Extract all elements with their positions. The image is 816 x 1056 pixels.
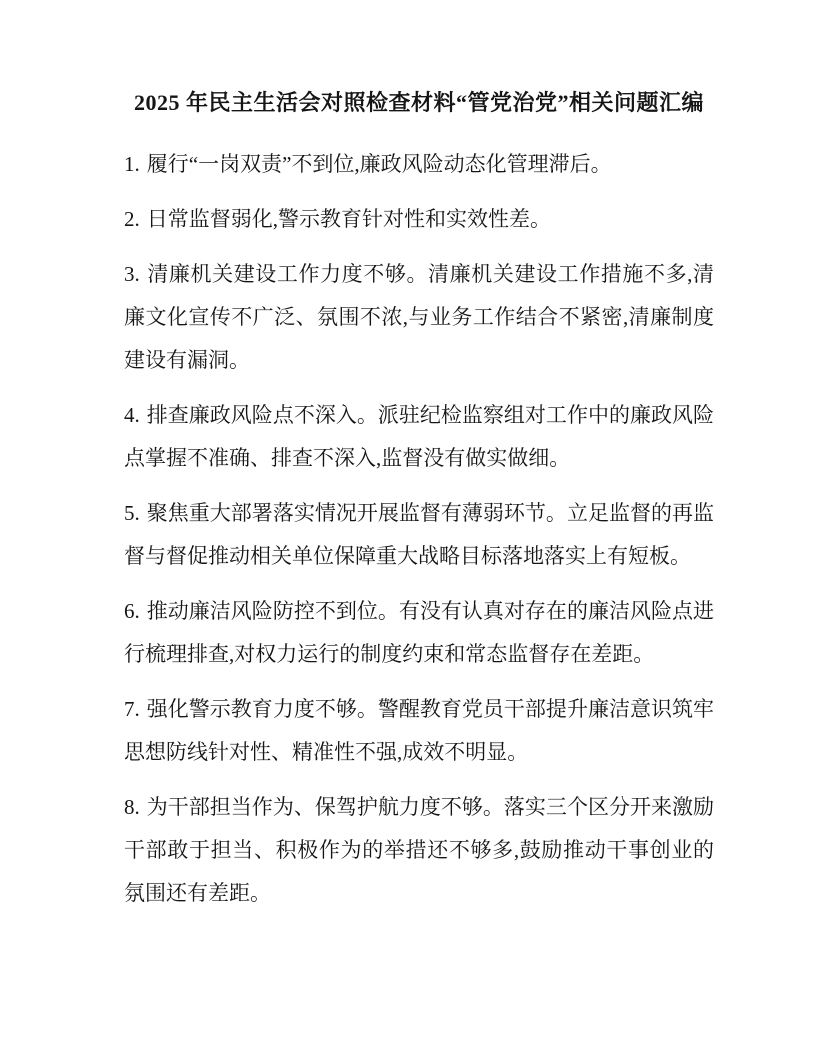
item-text: 聚焦重大部署落实情况开展监督有薄弱环节。立足监督的再监督与督促推动相关单位保障重… [124, 501, 714, 568]
document-page: 2025 年民主生活会对照检查材料“管党治党”相关问题汇编 1.履行“一岗双责”… [0, 0, 816, 1056]
item-text: 强化警示教育力度不够。警醒教育党员干部提升廉洁意识筑牢思想防线针对性、精准性不强… [124, 697, 714, 764]
item-number: 8. [124, 795, 140, 819]
list-item-3: 3.清廉机关建设工作力度不够。清廉机关建设工作措施不多,清廉文化宣传不广泛、氛围… [124, 253, 714, 382]
list-item-4: 4.排查廉政风险点不深入。派驻纪检监察组对工作中的廉政风险点掌握不准确、排查不深… [124, 394, 714, 480]
list-item-6: 6.推动廉洁风险防控不到位。有没有认真对存在的廉洁风险点进行梳理排查,对权力运行… [124, 590, 714, 676]
item-number: 3. [124, 262, 140, 286]
item-number: 1. [124, 152, 140, 176]
list-item-8: 8.为干部担当作为、保驾护航力度不够。落实三个区分开来激励干部敢于担当、积极作为… [124, 786, 714, 915]
document-title: 2025 年民主生活会对照检查材料“管党治党”相关问题汇编 [124, 88, 714, 118]
item-number: 7. [124, 697, 140, 721]
item-number: 6. [124, 599, 140, 623]
list-item-1: 1.履行“一岗双责”不到位,廉政风险动态化管理滞后。 [124, 143, 714, 186]
item-text: 清廉机关建设工作力度不够。清廉机关建设工作措施不多,清廉文化宣传不广泛、氛围不浓… [124, 262, 714, 372]
item-text: 推动廉洁风险防控不到位。有没有认真对存在的廉洁风险点进行梳理排查,对权力运行的制… [124, 599, 714, 666]
list-item-5: 5.聚焦重大部署落实情况开展监督有薄弱环节。立足监督的再监督与督促推动相关单位保… [124, 492, 714, 578]
list-item-7: 7.强化警示教育力度不够。警醒教育党员干部提升廉洁意识筑牢思想防线针对性、精准性… [124, 688, 714, 774]
item-text: 日常监督弱化,警示教育针对性和实效性差。 [147, 207, 551, 231]
list-item-2: 2.日常监督弱化,警示教育针对性和实效性差。 [124, 198, 714, 241]
item-text: 排查廉政风险点不深入。派驻纪检监察组对工作中的廉政风险点掌握不准确、排查不深入,… [124, 403, 714, 470]
item-number: 5. [124, 501, 140, 525]
item-text: 为干部担当作为、保驾护航力度不够。落实三个区分开来激励干部敢于担当、积极作为的举… [124, 795, 714, 905]
item-text: 履行“一岗双责”不到位,廉政风险动态化管理滞后。 [147, 152, 612, 176]
item-number: 4. [124, 403, 140, 427]
item-number: 2. [124, 207, 140, 231]
